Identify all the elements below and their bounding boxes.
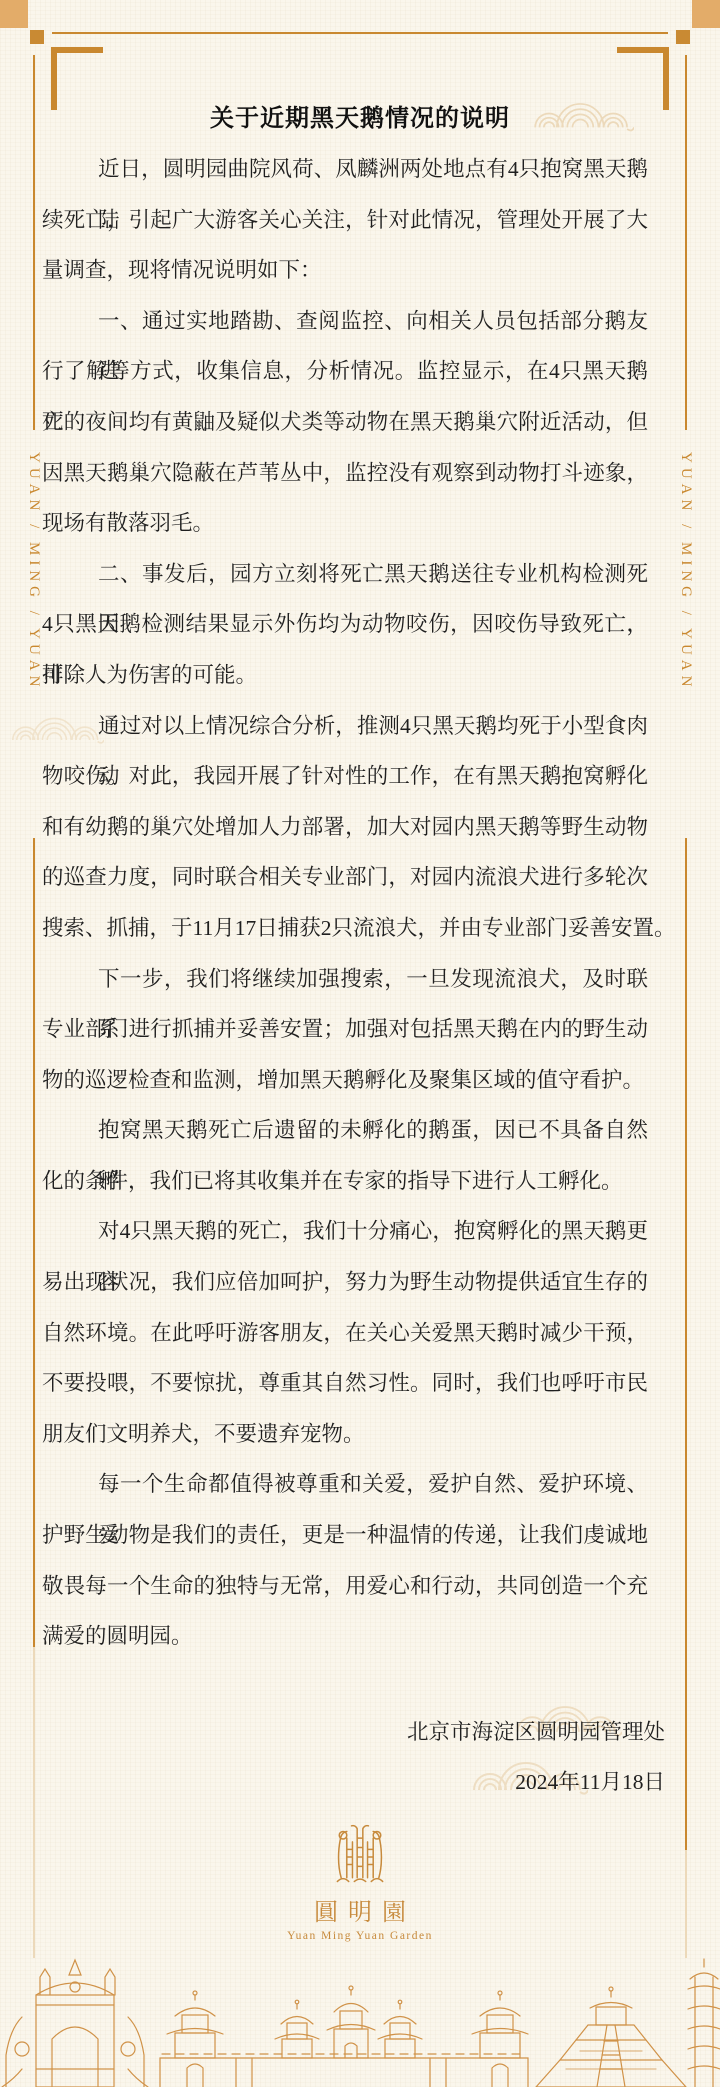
signature-block: 北京市海淀区圆明园管理处 2024年11月18日 <box>407 1707 665 1807</box>
document-line: 4只黑天鹅检测结果显示外伤均为动物咬伤，因咬伤导致死亡，可 <box>42 599 648 650</box>
logo-hanzi: 圓明園 <box>0 1900 720 1926</box>
document-body: 近日，圆明园曲院风荷、凤麟洲两处地点有4只抱窝黑天鹅陆续死亡，引起广大游客关心关… <box>42 144 648 1662</box>
document-line: 物的巡逻检查和监测，增加黑天鹅孵化及聚集区域的值守看护。 <box>42 1055 648 1106</box>
document-line: 朋友们文明养犬，不要遗弃宠物。 <box>42 1409 648 1460</box>
bracket-top-left <box>51 47 57 110</box>
side-text-right: YUAN / MING / YUAN <box>676 452 696 832</box>
document-line: 现场有散落羽毛。 <box>42 498 648 549</box>
document-line: 排除人为伤害的可能。 <box>42 650 648 701</box>
document-line: 量调查，现将情况说明如下： <box>42 245 648 296</box>
document-line: 续死亡，引起广大游客关心关注，针对此情况，管理处开展了大 <box>42 195 648 246</box>
document-line: 亡的夜间均有黄鼬及疑似犬类等动物在黑天鹅巢穴附近活动，但 <box>42 397 648 448</box>
document-line: 行了解等方式，收集信息，分析情况。监控显示，在4只黑天鹅死 <box>42 346 648 397</box>
corner-square-big-top-left <box>0 0 28 28</box>
yuanmingyuan-logo: 圓明園 Yuan Ming Yuan Garden <box>0 1823 720 1942</box>
document-line: 一、通过实地踏勘、查阅监控、向相关人员包括部分鹅友进 <box>42 296 648 347</box>
document-line: 抱窝黑天鹅死亡后遗留的未孵化的鹅蛋，因已不具备自然孵 <box>42 1105 648 1156</box>
document-line: 易出现状况，我们应倍加呵护，努力为野生动物提供适宜生存的 <box>42 1257 648 1308</box>
palace-ruins-illustration <box>0 1957 720 2087</box>
document-line: 敬畏每一个生命的独特与无常，用爱心和行动，共同创造一个充 <box>42 1561 648 1612</box>
top-horizontal-rule <box>52 32 668 34</box>
document-line: 下一步，我们将继续加强搜索，一旦发现流浪犬，及时联系 <box>42 954 648 1005</box>
document-line: 化的条件，我们已将其收集并在专家的指导下进行人工孵化。 <box>42 1156 648 1207</box>
document-line: 二、事发后，园方立刻将死亡黑天鹅送往专业机构检测死因， <box>42 549 648 600</box>
bracket-top-left <box>51 47 103 53</box>
signature-date: 2024年11月18日 <box>407 1757 665 1807</box>
left-border-line <box>33 838 35 1647</box>
document-line: 每一个生命都值得被尊重和关爱，爱护自然、爱护环境、爱 <box>42 1459 648 1510</box>
document-line: 护野生动物是我们的责任，更是一种温情的传递，让我们虔诚地 <box>42 1510 648 1561</box>
signature-org: 北京市海淀区圆明园管理处 <box>407 1707 665 1757</box>
corner-square-big-top-right <box>692 0 720 28</box>
document-line: 物咬伤。对此，我园开展了针对性的工作，在有黑天鹅抱窝孵化 <box>42 751 648 802</box>
document-line: 的巡查力度，同时联合相关专业部门，对园内流浪犬进行多轮次 <box>42 852 648 903</box>
corner-square-small-top-left <box>30 30 44 44</box>
document-line: 对4只黑天鹅的死亡，我们十分痛心，抱窝孵化的黑天鹅更容 <box>42 1206 648 1257</box>
corner-square-small-top-right <box>676 30 690 44</box>
document-line: 搜索、抓捕，于11月17日捕获2只流浪犬，并由专业部门妥善安置。 <box>42 903 648 954</box>
document-line: 通过对以上情况综合分析，推测4只黑天鹅均死于小型食肉动 <box>42 701 648 752</box>
page-title: 关于近期黑天鹅情况的说明 <box>0 104 720 134</box>
logo-emblem-icon <box>330 1823 390 1889</box>
document-line: 不要投喂，不要惊扰，尊重其自然习性。同时，我们也呼吁市民 <box>42 1358 648 1409</box>
document-line: 和有幼鹅的巢穴处增加人力部署，加大对园内黑天鹅等野生动物 <box>42 802 648 853</box>
document-line: 满爱的圆明园。 <box>42 1611 648 1662</box>
announcement-page: YUAN / MING / YUAN YUAN / MING / YUAN 关于… <box>0 0 720 2087</box>
bracket-top-right <box>663 47 669 110</box>
document-line: 因黑天鹅巢穴隐蔽在芦苇丛中，监控没有观察到动物打斗迹象， <box>42 448 648 499</box>
document-line: 自然环境。在此呼吁游客朋友，在关心关爱黑天鹅时减少干预， <box>42 1308 648 1359</box>
side-text-left: YUAN / MING / YUAN <box>24 452 44 832</box>
logo-english: Yuan Ming Yuan Garden <box>0 1930 720 1942</box>
bracket-top-right <box>617 47 669 53</box>
document-line: 近日，圆明园曲院风荷、凤麟洲两处地点有4只抱窝黑天鹅陆 <box>42 144 648 195</box>
right-border-line <box>685 838 687 1850</box>
document-line: 专业部门进行抓捕并妥善安置；加强对包括黑天鹅在内的野生动 <box>42 1004 648 1055</box>
